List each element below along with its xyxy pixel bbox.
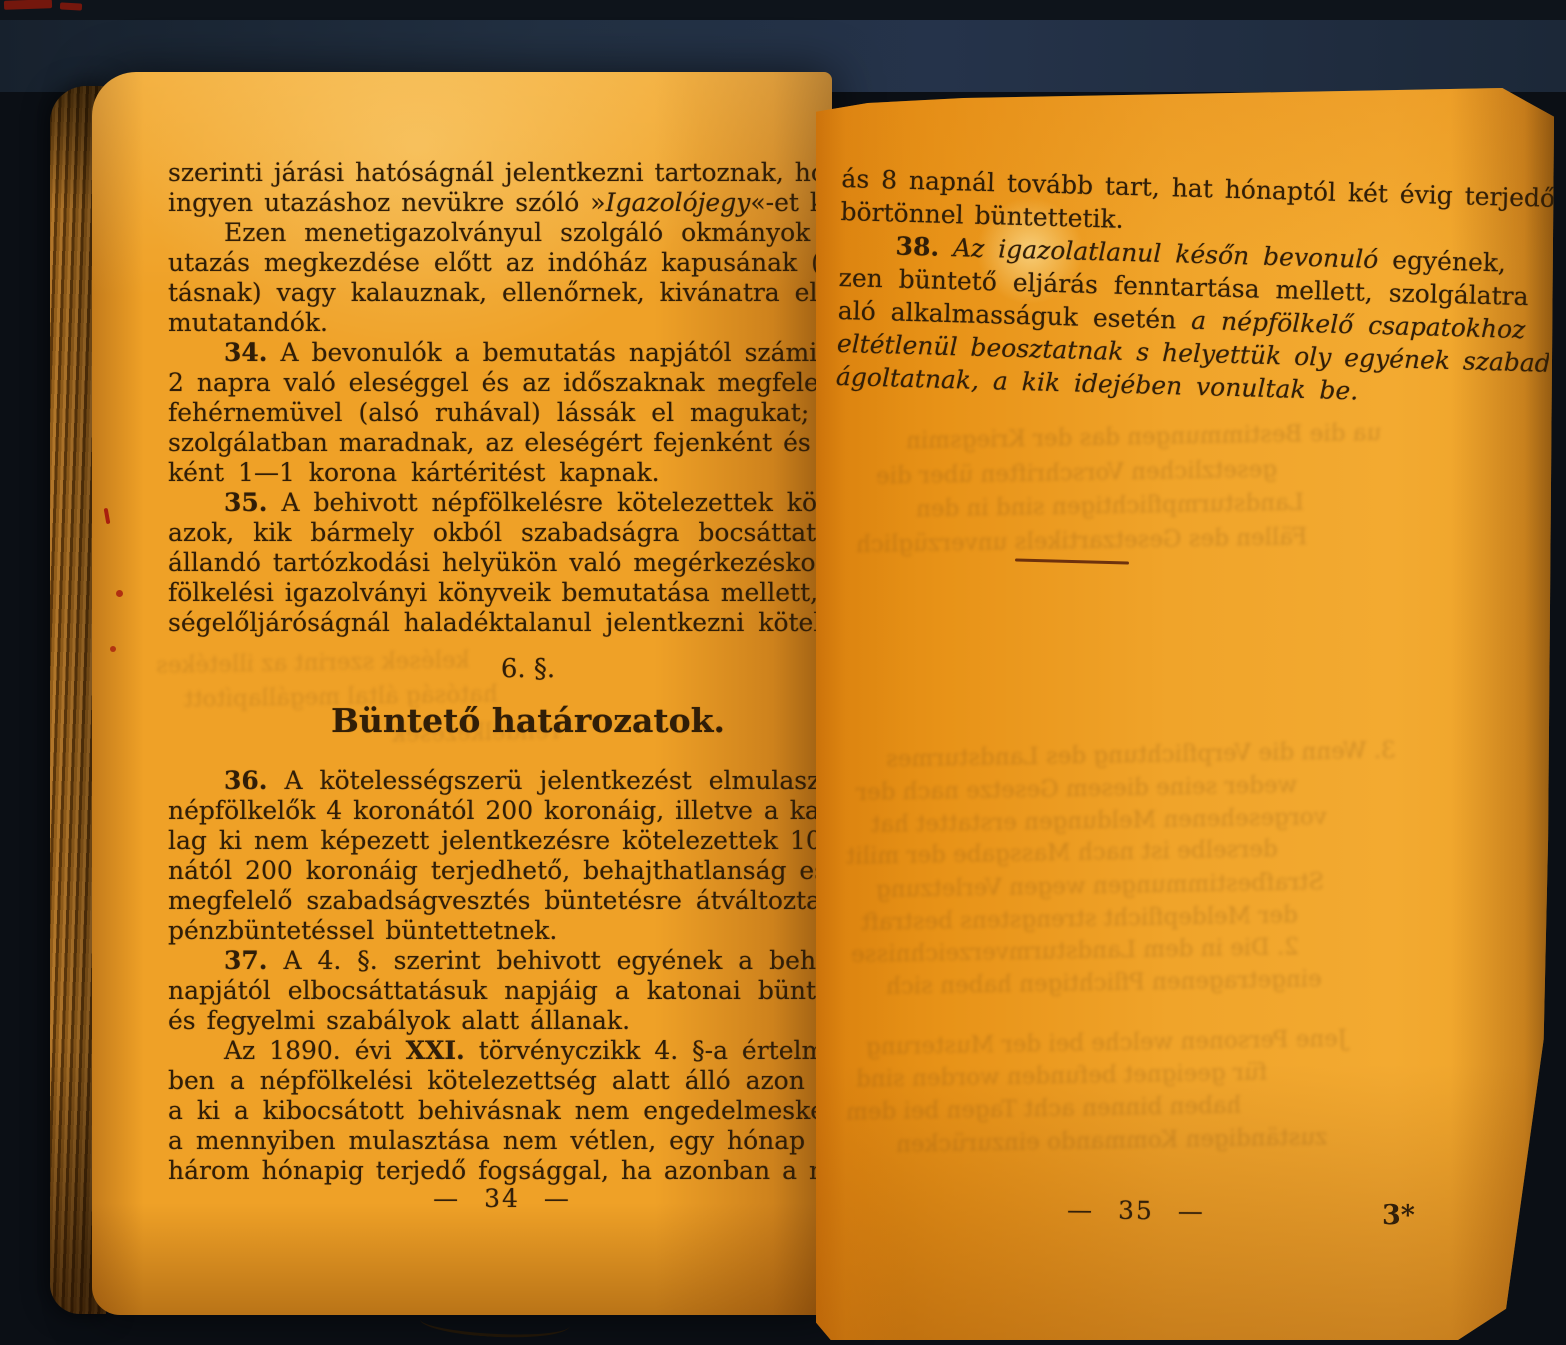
text-line: 34. A bevonulók a bemutatás napjától szá… — [168, 338, 832, 368]
text-segment: 2 napra való eleséggel és az időszaknak … — [168, 368, 827, 397]
red-ink-speck — [116, 590, 123, 597]
signature-mark: 3* — [1382, 1200, 1415, 1231]
right-page-number: — 35 — — [1056, 1195, 1216, 1226]
text-segment: börtönnel büntettetik. — [840, 197, 1124, 234]
text-segment: A 4. §. szerint behivott egyének a behiv — [268, 946, 833, 975]
text-segment: ségelőljáróságnál haladéktalanul jelentk… — [168, 608, 832, 637]
bleedthrough-ghost-line: ua die Bestimmungen das der Kriegsmin — [906, 420, 1382, 454]
bleedthrough-ghost-line: 3. Wenn die Verpflichtung des Landsturme… — [886, 738, 1396, 773]
text-line: ként 1—1 korona kártéritést kapnak. — [168, 458, 832, 488]
text-line: ségelőljáróságnál haladéktalanul jelentk… — [168, 608, 832, 638]
text-segment: lag ki nem képezett jelentkezésre kötele… — [168, 826, 832, 855]
text-segment: Az 1890. évi — [224, 1036, 406, 1065]
text-line: 36. A kötelességszerü jelentkezést elmul… — [168, 766, 832, 796]
text-line: 2 napra való eleséggel és az időszaknak … — [168, 368, 832, 398]
text-line: tásnak) vagy kalauznak, ellenőrnek, kivá… — [168, 278, 832, 308]
text-segment: A kötelességszerü jelentkezést elmulasz — [268, 766, 821, 795]
left-page: kelések szerint az illetékeshatóság álta… — [92, 72, 832, 1315]
text-line: napjától elbocsáttatásuk napjáig a katon… — [168, 976, 832, 1006]
bleedthrough-ghost-line: Landsturmpflichtigen sind in den — [916, 490, 1304, 523]
text-segment: Igazolójegy — [606, 188, 751, 217]
text-line: 37. A 4. §. szerint behivott egyének a b… — [168, 946, 832, 976]
text-segment: a ki a kibocsátott behivásnak nem engede… — [168, 1096, 832, 1125]
right-page-text: ás 8 napnál tovább tart, hat hónaptól ké… — [836, 162, 1554, 413]
text-line: szerinti járási hatóságnál jelentkezni t… — [168, 158, 832, 188]
text-line: három hónapig terjedő fogsággal, ha azon… — [168, 1156, 832, 1186]
text-line: nától 200 koronáig terjedhető, behajthat… — [168, 856, 832, 886]
bleedthrough-ghost-line: Jene Personen welche bei der Musterung — [866, 1026, 1347, 1060]
text-line: szolgálatban maradnak, az eleségért feje… — [168, 428, 832, 458]
text-segment: napjától elbocsáttatásuk napjáig a katon… — [168, 976, 831, 1005]
book-photo-scene: kelések szerint az illetékeshatóság álta… — [0, 0, 1566, 1345]
text-segment: 38. — [895, 232, 939, 262]
bleedthrough-ghost-line: haben binnen acht Tagen bei dem — [846, 1093, 1242, 1126]
text-line: mutatandók. — [168, 308, 832, 338]
text-segment: egyének, — [1392, 245, 1506, 277]
bleedthrough-ghost-line: weder seine diesem Gesetze nach der — [856, 772, 1298, 806]
text-line: és fegyelmi szabályok alatt állanak. — [168, 1006, 832, 1036]
text-segment: a mennyiben mulasztása nem vétlen, egy h… — [168, 1126, 805, 1155]
text-segment: pénzbüntetéssel büntettetnek. — [168, 916, 557, 945]
red-ink-speck — [104, 508, 111, 524]
text-segment: 35. — [224, 488, 268, 517]
bleedthrough-ghost-line: gesetzlichen Vorschriften über die — [876, 457, 1277, 490]
text-segment: ben a népfölkelési kötelezettség alatt á… — [168, 1066, 832, 1095]
red-cover-mark — [4, 0, 52, 10]
text-segment: ként 1—1 korona kártéritést kapnak. — [168, 458, 660, 487]
text-segment: fölkelési igazolványi könyveik bemutatás… — [168, 578, 832, 607]
text-line: 35. A behivott népfölkelésre kötelezette… — [168, 488, 832, 518]
scanner-background-top — [0, 0, 1566, 20]
text-segment: nától 200 koronáig terjedhető, behajthat… — [168, 856, 832, 885]
text-line: Büntető határozatok. — [168, 690, 832, 766]
bleedthrough-ghost-line: eingetragenen Pflichtigen haben sich — [886, 966, 1322, 1000]
left-page-number: — 34 — — [422, 1184, 582, 1213]
text-line: megfelelő szabadságvesztés büntetésre át… — [168, 886, 832, 916]
bleedthrough-ghost-line: der Meldepflicht strengstens bestraft — [861, 902, 1298, 936]
text-line: a mennyiben mulasztása nem vétlen, egy h… — [168, 1126, 832, 1156]
text-segment: népfölkelők 4 koronától 200 koronáig, il… — [168, 796, 832, 825]
text-segment: XXI. — [406, 1036, 465, 1065]
bleedthrough-ghost-line: Strafbestimmungen wegen Verletzung — [876, 869, 1325, 903]
text-segment: fehérnemüvel (alsó ruhával) lássák el ma… — [168, 398, 832, 427]
text-line: Az 1890. évi XXI. törvényczikk 4. §-a ér… — [168, 1036, 832, 1066]
bleedthrough-ghost-line: 2. Die in dem Landsturmverzeichnisse — [851, 934, 1299, 968]
text-line: ben a népfölkelési kötelezettség alatt á… — [168, 1066, 832, 1096]
text-line: fehérnemüvel (alsó ruhával) lássák el ma… — [168, 398, 832, 428]
text-segment: 6. §. — [501, 654, 555, 684]
left-page-text: szerinti járási hatóságnál jelentkezni t… — [168, 158, 832, 1186]
right-page: ua die Bestimmungen das der Kriegsminges… — [816, 88, 1554, 1340]
text-line: pénzbüntetéssel büntettetnek. — [168, 916, 832, 946]
text-segment: törvényczikk 4. §-a értelm — [465, 1036, 825, 1065]
text-segment: Ezen menetigazolványul szolgáló okmányok… — [224, 218, 832, 247]
text-segment: tásnak) vagy kalauznak, ellenőrnek, kivá… — [168, 278, 817, 307]
text-segment: 37. — [224, 946, 268, 975]
text-segment: 34. — [224, 338, 268, 367]
text-segment: és fegyelmi szabályok alatt állanak. — [168, 1006, 630, 1035]
text-segment: A behivott népfölkelésre kötelezettek kö… — [268, 488, 831, 517]
text-line: a ki a kibocsátott behivásnak nem engede… — [168, 1096, 832, 1126]
text-segment: szolgálatban maradnak, az eleségért feje… — [168, 428, 832, 457]
text-line: utazás megkezdése előtt az indóház kapus… — [168, 248, 832, 278]
text-segment: három hónapig terjedő fogsággal, ha azon… — [168, 1156, 832, 1185]
text-line: lag ki nem képezett jelentkezésre kötele… — [168, 826, 832, 856]
text-segment: 36. — [224, 766, 268, 795]
text-line: 6. §. — [168, 638, 832, 690]
red-ink-speck — [110, 646, 116, 652]
bleedthrough-ghost-line: Fällen des Gesetzartikels unverzüglich — [856, 524, 1308, 558]
text-line: Ezen menetigazolványul szolgáló okmányok… — [168, 218, 832, 248]
text-segment: megfelelő szabadságvesztés büntetésre át… — [168, 886, 832, 915]
text-segment: A bevonulók a bemutatás napjától számito — [268, 338, 833, 367]
text-segment: ingyen utazáshoz nevükre szóló » — [168, 188, 606, 217]
text-segment: Büntető határozatok. — [331, 701, 725, 740]
text-line: fölkelési igazolványi könyveik bemutatás… — [168, 578, 832, 608]
text-line: állandó tartózkodási helyükön való megér… — [168, 548, 832, 578]
bleedthrough-ghost-line: derselbe ist nach Massgabe der milit — [846, 836, 1278, 870]
text-segment: azok, kik bármely okból szabadságra bocs… — [168, 518, 832, 547]
bleedthrough-ghost-line: für geeignet befunden worden sind — [856, 1059, 1268, 1092]
section-divider-rule — [1015, 558, 1129, 564]
red-cover-mark — [60, 2, 82, 10]
text-line: ingyen utazáshoz nevükre szóló »Igazolój… — [168, 188, 832, 218]
bleedthrough-ghost-line: zuständigen Kommando einzurücken — [896, 1124, 1328, 1158]
bleedthrough-ghost-line: vorgesehenen Meldungen erstattet hat — [871, 804, 1327, 838]
text-segment: utazás megkezdése előtt az indóház kapus… — [168, 248, 832, 277]
text-segment: állandó tartózkodási helyükön való megér… — [168, 548, 832, 577]
text-segment: szerinti járási hatóságnál jelentkezni t… — [168, 158, 832, 187]
text-segment: mutatandók. — [168, 308, 328, 337]
text-line: azok, kik bármely okból szabadságra bocs… — [168, 518, 832, 548]
text-line: népfölkelők 4 koronától 200 koronáig, il… — [168, 796, 832, 826]
